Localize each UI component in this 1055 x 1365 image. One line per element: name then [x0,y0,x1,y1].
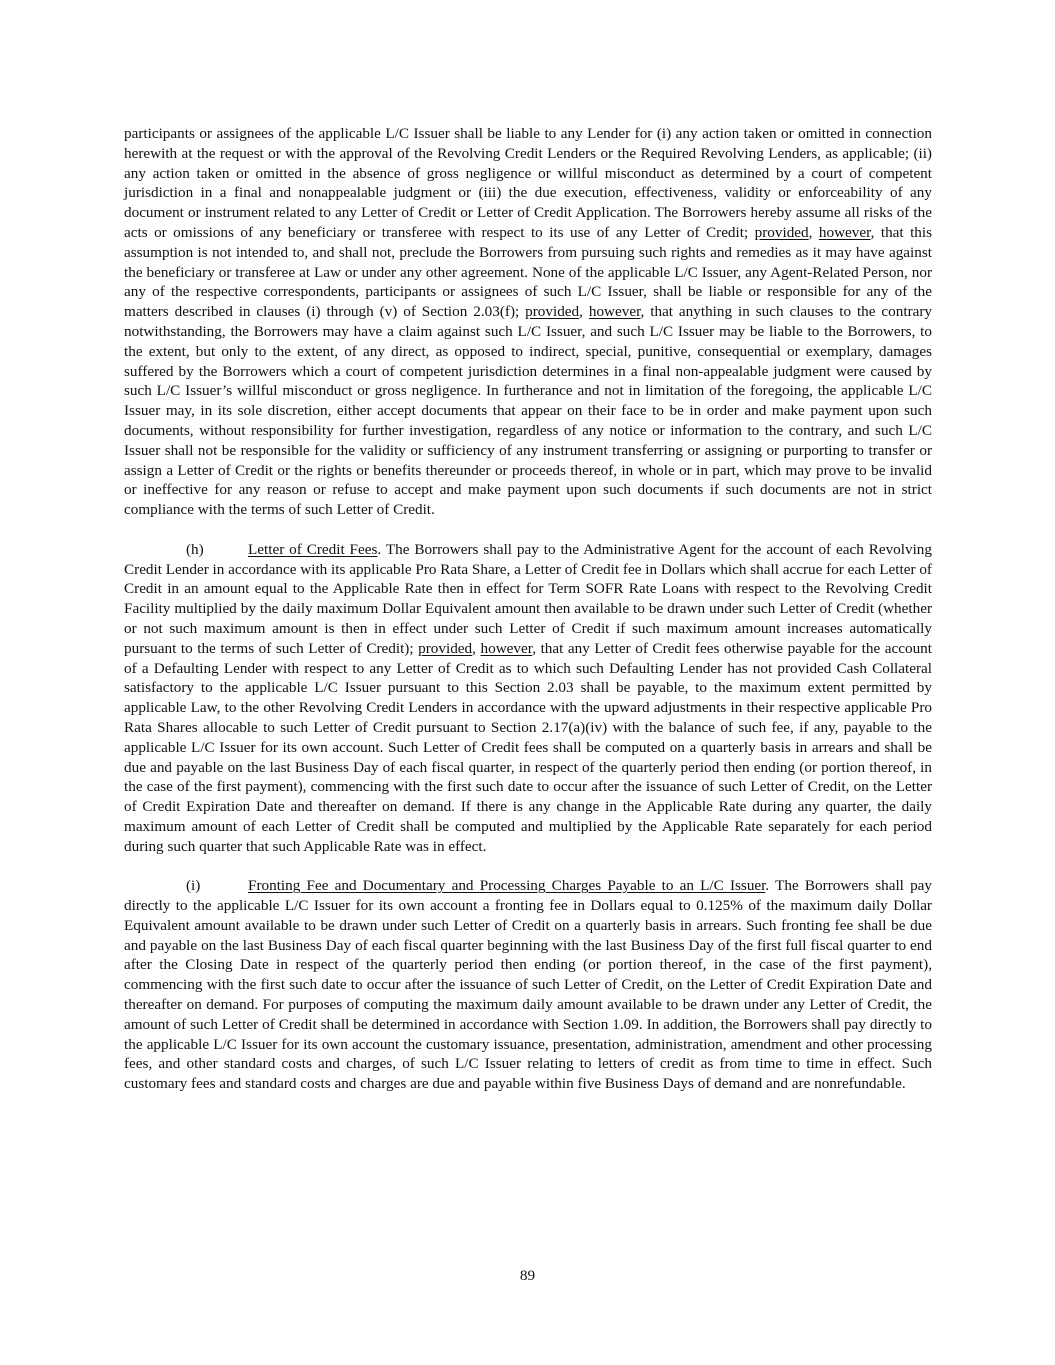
underlined-term: Letter of Credit Fees [248,541,377,558]
section-label: (i) [186,876,248,896]
text-run: , that anything in such clauses to the c… [124,303,932,518]
text-run: . The Borrowers shall pay directly to th… [124,877,932,1092]
underlined-term: provided [418,640,472,657]
document-page: participants or assignees of the applica… [124,124,932,1114]
underlined-term: however [589,303,641,320]
underlined-term: provided [755,224,809,241]
text-run: , that any Letter of Credit fees otherwi… [124,640,932,855]
paragraph-h-letter-of-credit-fees: (h)Letter of Credit Fees. The Borrowers … [124,540,932,857]
underlined-term: Fronting Fee and Documentary and Process… [248,877,765,894]
text-run: , [809,224,819,241]
text-run: , [579,303,589,320]
underlined-term: provided [525,303,579,320]
underlined-term: however [481,640,533,657]
page-number: 89 [0,1267,1055,1285]
paragraph-continued: participants or assignees of the applica… [124,124,932,520]
text-run: , [472,640,480,657]
underlined-term: however [819,224,871,241]
section-label: (h) [186,540,248,560]
paragraph-i-fronting-fee: (i)Fronting Fee and Documentary and Proc… [124,876,932,1094]
